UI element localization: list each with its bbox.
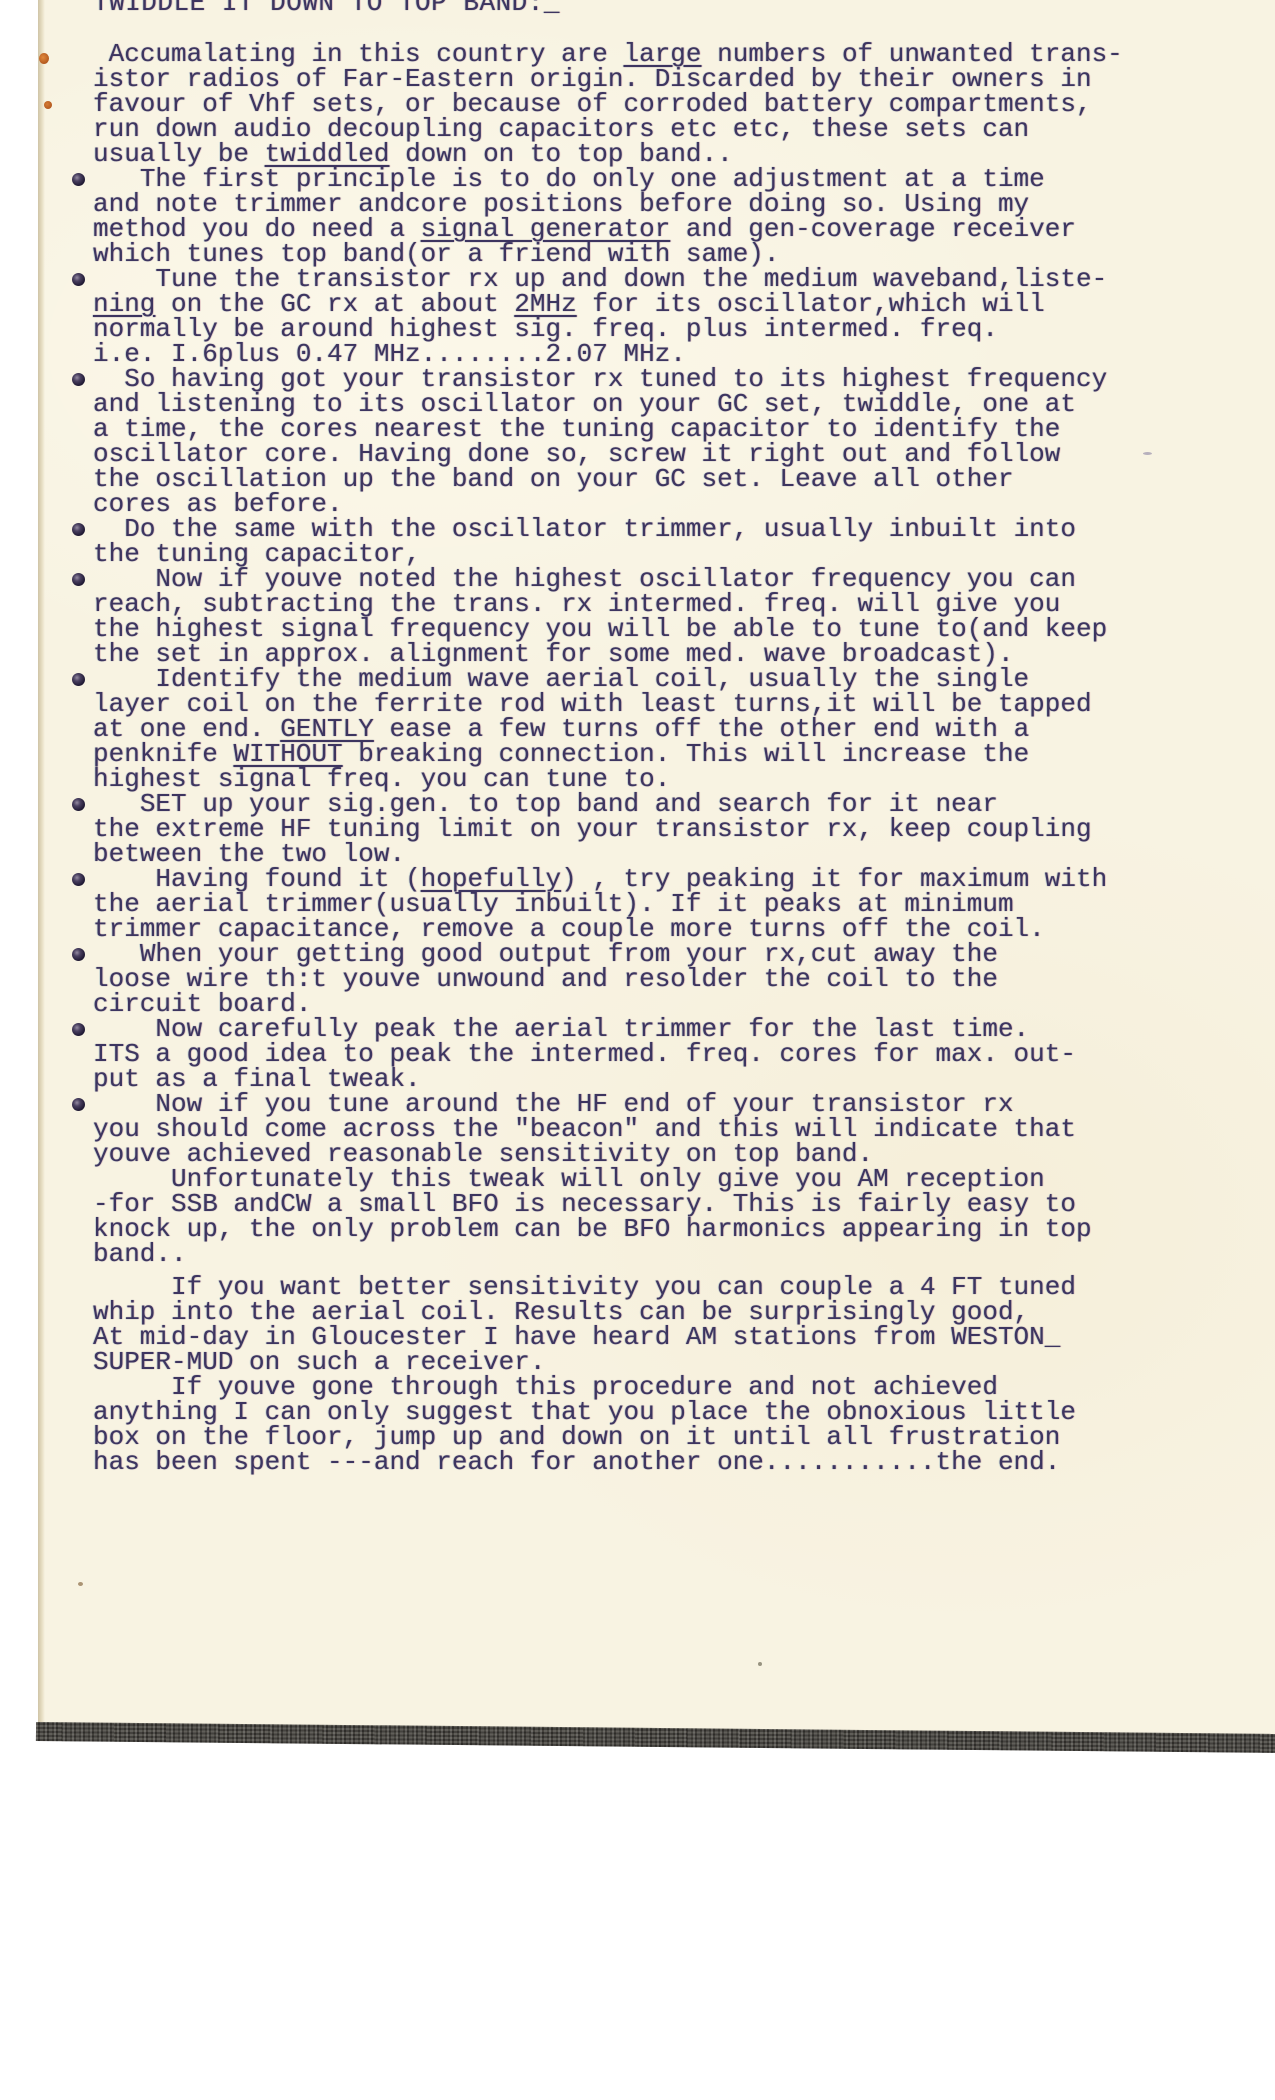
paper-speck <box>758 1662 762 1666</box>
paragraph: If you want better sensitivity you can c… <box>93 1275 1178 1375</box>
paper-speck <box>78 1582 83 1586</box>
paragraph: Do the same with the oscillator trimmer,… <box>93 517 1178 567</box>
paragraph: If youve gone through this procedure and… <box>93 1375 1178 1475</box>
paragraph-text: So having got your transistor rx tuned t… <box>93 367 1178 517</box>
rust-spot <box>44 101 52 109</box>
paragraph-text: Now if you tune around the HF end of you… <box>93 1092 1178 1167</box>
paragraph-text: Now if youve noted the highest oscillato… <box>93 567 1178 667</box>
bullet-dot <box>72 173 85 186</box>
page-bottom-shadow <box>36 1722 1275 1753</box>
paragraph: Accumalating in this country are large n… <box>93 42 1178 167</box>
paragraph: So having got your transistor rx tuned t… <box>93 367 1178 517</box>
bullet-dot <box>72 873 85 886</box>
paragraph: Now carefully peak the aerial trimmer fo… <box>93 1017 1178 1092</box>
paragraph: Tune the transistor rx up and down the m… <box>93 267 1178 367</box>
page-left-edge <box>38 0 45 1738</box>
paragraph: SET up your sig.gen. to top band and sea… <box>93 792 1178 867</box>
paragraph: Unfortunately this tweak will only give … <box>93 1167 1178 1267</box>
rust-spot <box>39 53 49 64</box>
bullet-dot <box>72 1098 85 1111</box>
paragraph-text: Tune the transistor rx up and down the m… <box>93 267 1178 367</box>
paragraph-text: Do the same with the oscillator trimmer,… <box>93 517 1178 567</box>
paragraph-text: Having found it (hopefully) , try peakin… <box>93 867 1178 942</box>
paragraph: Having found it (hopefully) , try peakin… <box>93 867 1178 942</box>
paragraph-text: The first principle is to do only one ad… <box>93 167 1178 267</box>
paragraph: Now if youve noted the highest oscillato… <box>93 567 1178 667</box>
bullet-dot <box>72 523 85 536</box>
document-body: Accumalating in this country are large n… <box>93 42 1178 1475</box>
bullet-dot <box>72 273 85 286</box>
bullet-dot <box>72 673 85 686</box>
paragraph-text: Accumalating in this country are large n… <box>93 42 1178 167</box>
scanned-page: TWIDDLE IT DOWN TO TOP BAND:_ Accumalati… <box>38 0 1275 1738</box>
page-title: TWIDDLE IT DOWN TO TOP BAND:_ <box>93 0 560 16</box>
bullet-dot <box>72 1023 85 1036</box>
paragraph-text: Now carefully peak the aerial trimmer fo… <box>93 1017 1178 1092</box>
paragraph: When your getting good output from your … <box>93 942 1178 1017</box>
paragraph-text: SET up your sig.gen. to top band and sea… <box>93 792 1178 867</box>
paragraph-text: Identify the medium wave aerial coil, us… <box>93 667 1178 792</box>
paragraph: Now if you tune around the HF end of you… <box>93 1092 1178 1167</box>
paragraph: The first principle is to do only one ad… <box>93 167 1178 267</box>
paragraph-text: When your getting good output from your … <box>93 942 1178 1017</box>
bullet-dot <box>72 373 85 386</box>
bullet-dot <box>72 798 85 811</box>
paragraph: Identify the medium wave aerial coil, us… <box>93 667 1178 792</box>
bullet-dot <box>72 948 85 961</box>
paragraph-text: Unfortunately this tweak will only give … <box>93 1167 1178 1267</box>
paragraph-text: If you want better sensitivity you can c… <box>93 1275 1178 1375</box>
bullet-dot <box>72 573 85 586</box>
paragraph-text: If youve gone through this procedure and… <box>93 1375 1178 1475</box>
